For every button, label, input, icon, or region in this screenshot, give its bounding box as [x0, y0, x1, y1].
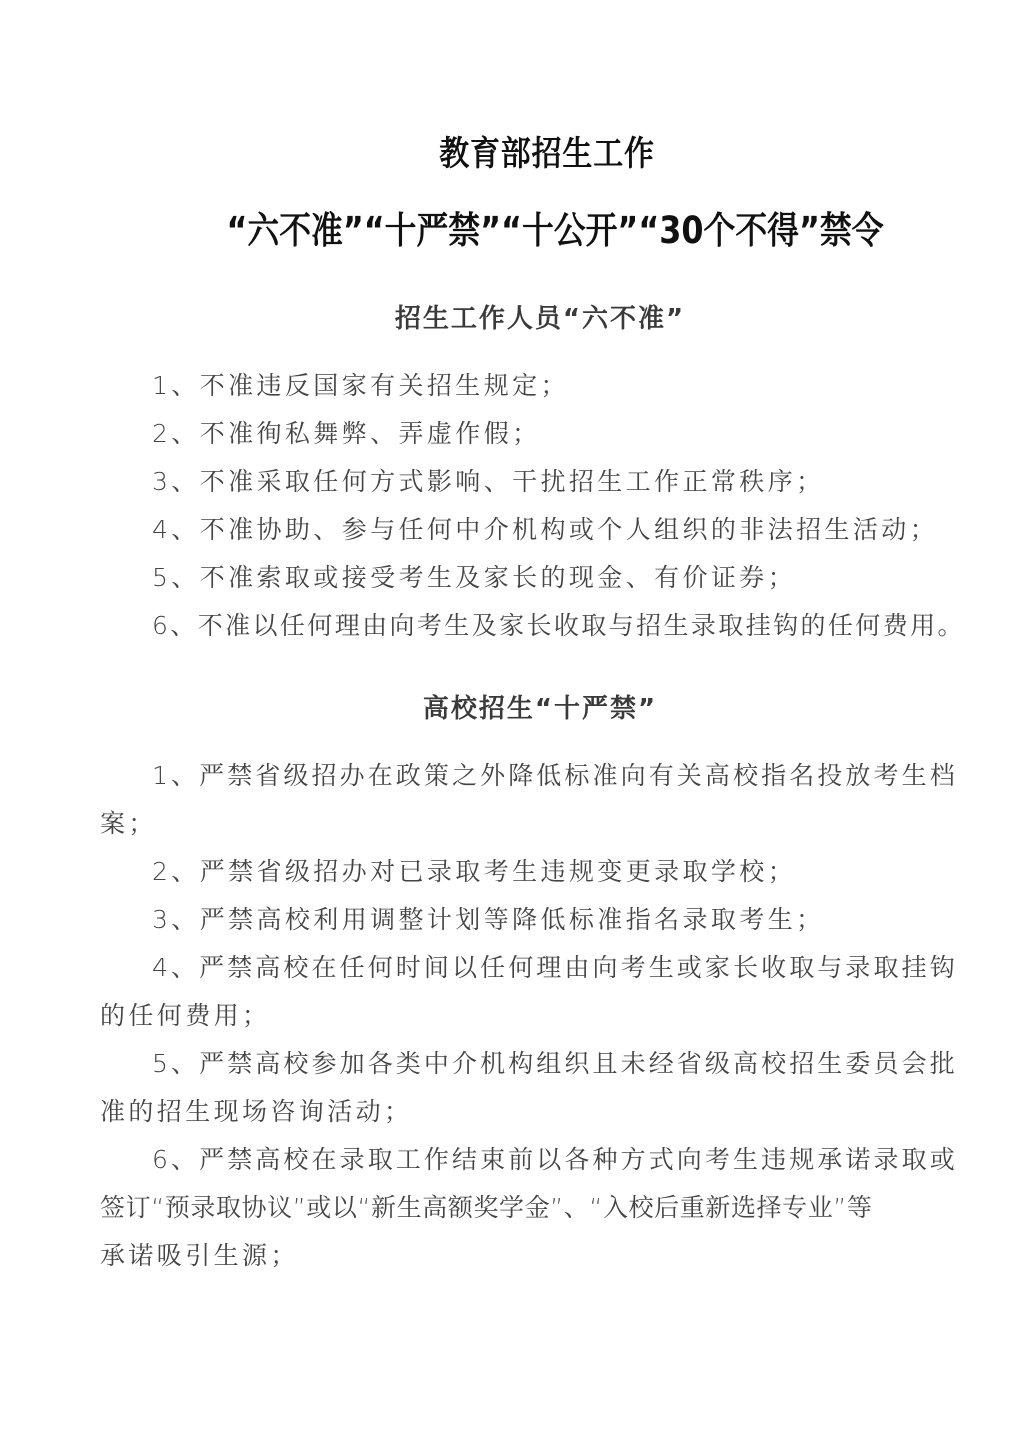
document-subtitle: “六不准”“十严禁”“十公开”“30个不得”禁令 — [78, 200, 1024, 254]
document-page: 教育部招生工作 “六不准”“十严禁”“十公开”“30个不得”禁令 招生工作人员“… — [0, 0, 1024, 1448]
list-item-line: 6、严禁高校在录取工作结束前以各种方式向考生违规承诺录取或 — [152, 1140, 958, 1176]
list-item: 4、不准协助、参与任何中介机构或个人组织的非法招生活动； — [152, 510, 938, 546]
section-heading-ten-bans: 高校招生“十严禁” — [0, 688, 1024, 725]
list-item-line: 承诺吸引生源； — [100, 1236, 299, 1272]
list-item: 6、不准以任何理由向考生及家长收取与招生录取挂钩的任何费用。 — [152, 606, 965, 642]
list-item-line: 4、严禁高校在任何时间以任何理由向考生或家长收取与录取挂钩 — [152, 948, 958, 984]
document-title: 教育部招生工作 — [66, 126, 1024, 175]
list-item-line: 5、严禁高校参加各类中介机构组织且未经省级高校招生委员会批 — [152, 1044, 958, 1080]
list-item: 1、不准违反国家有关招生规定； — [152, 366, 569, 402]
list-item-line: 3、严禁高校利用调整计划等降低标准指名录取考生； — [152, 900, 825, 936]
list-item-line: 2、严禁省级招办对已录取考生违规变更录取学校； — [152, 852, 796, 888]
list-item: 5、不准索取或接受考生及家长的现金、有价证券； — [152, 558, 796, 594]
list-item-line: 案； — [100, 804, 157, 840]
list-item-line: 的任何费用； — [100, 996, 270, 1032]
list-item-line: 准的招生现场咨询活动； — [100, 1092, 412, 1128]
section-heading-six-prohibitions: 招生工作人员“六不准” — [0, 298, 1024, 335]
list-item: 2、不准徇私舞弊、弄虚作假； — [152, 414, 541, 450]
list-item-line: 签订“预录取协议”或以“新生高额奖学金”、“入校后重新选择专业”等 — [100, 1188, 873, 1224]
list-item: 3、不准采取任何方式影响、干扰招生工作正常秩序； — [152, 462, 825, 498]
list-item-line: 1、严禁省级招办在政策之外降低标准向有关高校指名投放考生档 — [152, 756, 958, 792]
